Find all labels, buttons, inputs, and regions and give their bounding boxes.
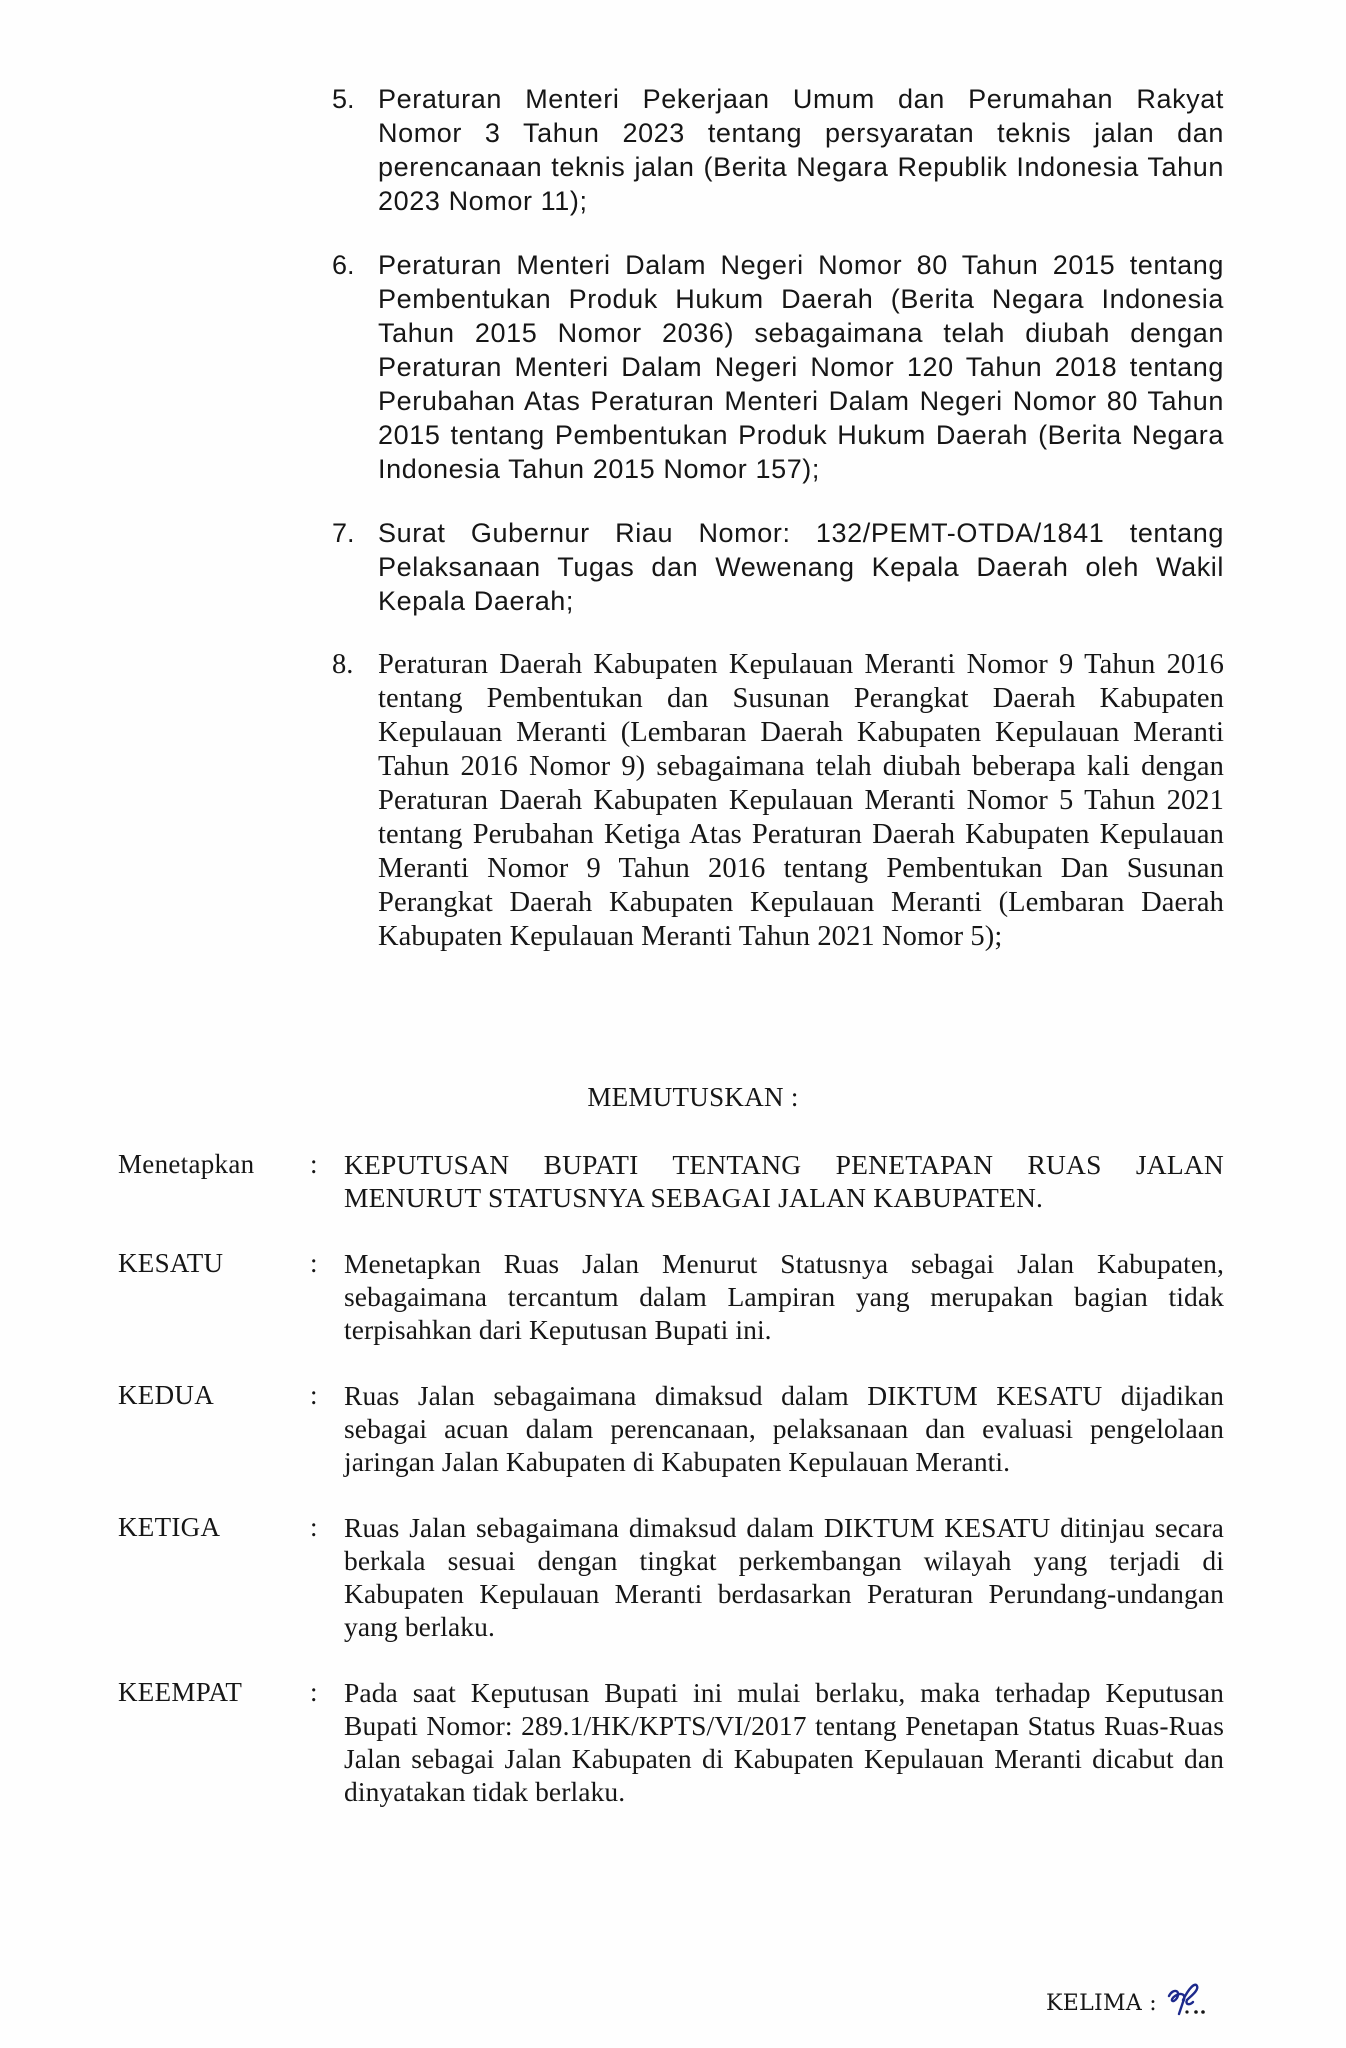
diktum-separator: :	[308, 1247, 344, 1346]
diktum-ketiga: KETIGA : Ruas Jalan sebagaimana dimaksud…	[118, 1511, 1224, 1643]
diktum-separator: :	[308, 1148, 344, 1214]
diktum-text: Ruas Jalan sebagaimana dimaksud dalam DI…	[344, 1511, 1224, 1643]
item-number: 8.	[332, 648, 378, 954]
considerans-item-5: 5. Peraturan Menteri Pekerjaan Umum dan …	[332, 82, 1224, 218]
diktum-text: Ruas Jalan sebagaimana dimaksud dalam DI…	[344, 1379, 1224, 1478]
diktum-menetapkan: Menetapkan : KEPUTUSAN BUPATI TENTANG PE…	[118, 1148, 1224, 1214]
considerans-list: 5. Peraturan Menteri Pekerjaan Umum dan …	[332, 82, 1224, 984]
next-section-label: KELIMA :	[1046, 1989, 1157, 2019]
diktum-text: Menetapkan Ruas Jalan Menurut Statusnya …	[344, 1247, 1224, 1346]
diktum-label: KETIGA	[118, 1511, 308, 1643]
document-page: 5. Peraturan Menteri Pekerjaan Umum dan …	[0, 0, 1346, 2048]
next-page-reference: KELIMA :	[1046, 1986, 1207, 2022]
item-text: Peraturan Menteri Dalam Negeri Nomor 80 …	[378, 248, 1224, 486]
decision-heading-text: MEMUTUSKAN :	[587, 1082, 798, 1112]
considerans-item-7: 7. Surat Gubernur Riau Nomor: 132/PEMT-O…	[332, 516, 1224, 618]
item-text: Peraturan Daerah Kabupaten Kepulauan Mer…	[378, 648, 1224, 954]
item-number: 6.	[332, 248, 378, 486]
diktum-label: KESATU	[118, 1247, 308, 1346]
diktum-list: Menetapkan : KEPUTUSAN BUPATI TENTANG PE…	[118, 1148, 1224, 1841]
diktum-separator: :	[308, 1511, 344, 1643]
diktum-text: Pada saat Keputusan Bupati ini mulai ber…	[344, 1676, 1224, 1808]
diktum-kedua: KEDUA : Ruas Jalan sebagaimana dimaksud …	[118, 1379, 1224, 1478]
item-text: Surat Gubernur Riau Nomor: 132/PEMT-OTDA…	[378, 516, 1224, 618]
considerans-item-8: 8. Peraturan Daerah Kabupaten Kepulauan …	[332, 648, 1224, 954]
diktum-separator: :	[308, 1379, 344, 1478]
decision-heading: MEMUTUSKAN :	[0, 1080, 1346, 1114]
paraf-signature-icon	[1163, 1982, 1207, 2018]
considerans-item-6: 6. Peraturan Menteri Dalam Negeri Nomor …	[332, 248, 1224, 486]
diktum-text: KEPUTUSAN BUPATI TENTANG PENETAPAN RUAS …	[344, 1148, 1224, 1214]
diktum-label: KEEMPAT	[118, 1676, 308, 1808]
diktum-label: Menetapkan	[118, 1148, 308, 1214]
diktum-label: KEDUA	[118, 1379, 308, 1478]
diktum-kesatu: KESATU : Menetapkan Ruas Jalan Menurut S…	[118, 1247, 1224, 1346]
diktum-keempat: KEEMPAT : Pada saat Keputusan Bupati ini…	[118, 1676, 1224, 1808]
item-text: Peraturan Menteri Pekerjaan Umum dan Per…	[378, 82, 1224, 218]
diktum-separator: :	[308, 1676, 344, 1808]
item-number: 7.	[332, 516, 378, 618]
item-number: 5.	[332, 82, 378, 218]
